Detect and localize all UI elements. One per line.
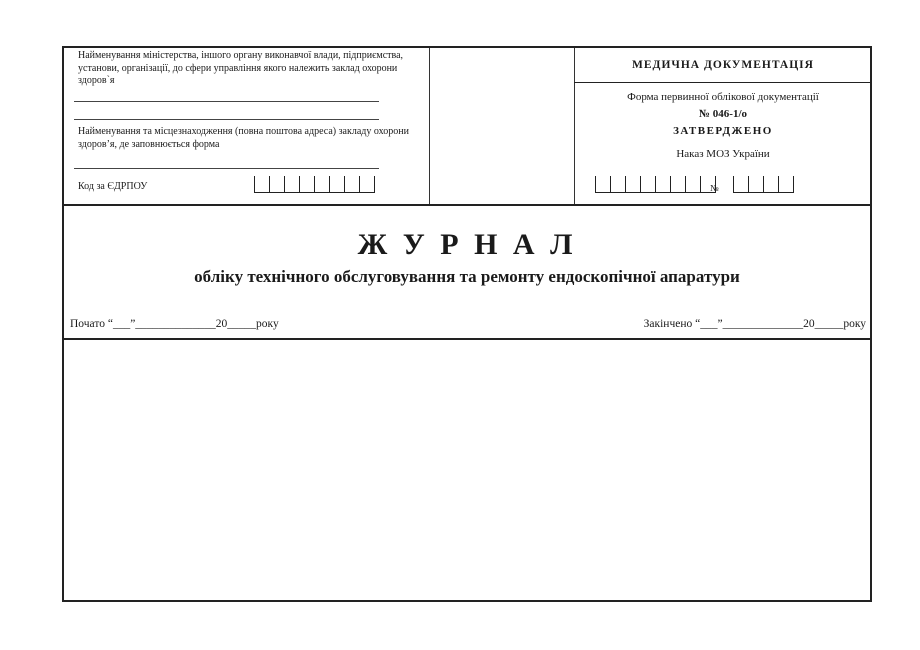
header-bottom-border	[64, 204, 870, 206]
digit-box[interactable]	[284, 176, 299, 192]
digit-box[interactable]	[344, 176, 359, 192]
digit-box[interactable]	[625, 176, 640, 192]
ministry-line-1[interactable]	[74, 101, 379, 102]
digit-box[interactable]	[670, 176, 685, 192]
medical-documentation-title: МЕДИЧНА ДОКУМЕНТАЦІЯ	[574, 59, 872, 71]
order-number-field[interactable]	[733, 176, 794, 193]
digit-box[interactable]	[610, 176, 625, 192]
ministry-label: Найменування міністерства, іншого органу…	[78, 50, 428, 88]
number-sign: №	[710, 182, 719, 195]
digit-box[interactable]	[359, 176, 375, 192]
digit-box[interactable]	[254, 176, 269, 192]
digit-box[interactable]	[685, 176, 700, 192]
form-number: № 046-1/о	[574, 108, 872, 120]
digit-box[interactable]	[655, 176, 670, 192]
right-header-divider	[574, 82, 872, 83]
order-label: Наказ МОЗ України	[574, 148, 872, 160]
digit-box[interactable]	[314, 176, 329, 192]
digit-box[interactable]	[329, 176, 344, 192]
form-line: Форма первинної облікової документації	[574, 91, 872, 103]
digit-box[interactable]	[269, 176, 284, 192]
journal-title: Ж У Р Н А Л	[64, 228, 870, 262]
digit-box[interactable]	[299, 176, 314, 192]
ministry-line-2[interactable]	[74, 119, 379, 120]
journal-body-area	[64, 340, 870, 600]
edrpou-code-field[interactable]	[254, 176, 375, 193]
digit-box[interactable]	[640, 176, 655, 192]
journal-subtitle: обліку технічного обслуговування та ремо…	[64, 267, 870, 287]
digit-box[interactable]	[748, 176, 763, 192]
facility-line[interactable]	[74, 168, 379, 169]
edrpou-label: Код за ЄДРПОУ	[78, 181, 147, 194]
finished-date-field[interactable]: Закінчено “___”______________20_____року	[644, 318, 866, 331]
order-date-field[interactable]	[595, 176, 716, 193]
header-divider-left	[429, 48, 430, 204]
approved-label: ЗАТВЕРДЖЕНО	[574, 125, 872, 137]
digit-box[interactable]	[733, 176, 748, 192]
started-date-field[interactable]: Почато “___”______________20_____року	[70, 318, 279, 331]
digit-box[interactable]	[778, 176, 794, 192]
digit-box[interactable]	[595, 176, 610, 192]
digit-box[interactable]	[763, 176, 778, 192]
facility-label: Найменування та місцезнаходження (повна …	[78, 126, 428, 151]
form-frame: Найменування міністерства, іншого органу…	[62, 46, 872, 602]
